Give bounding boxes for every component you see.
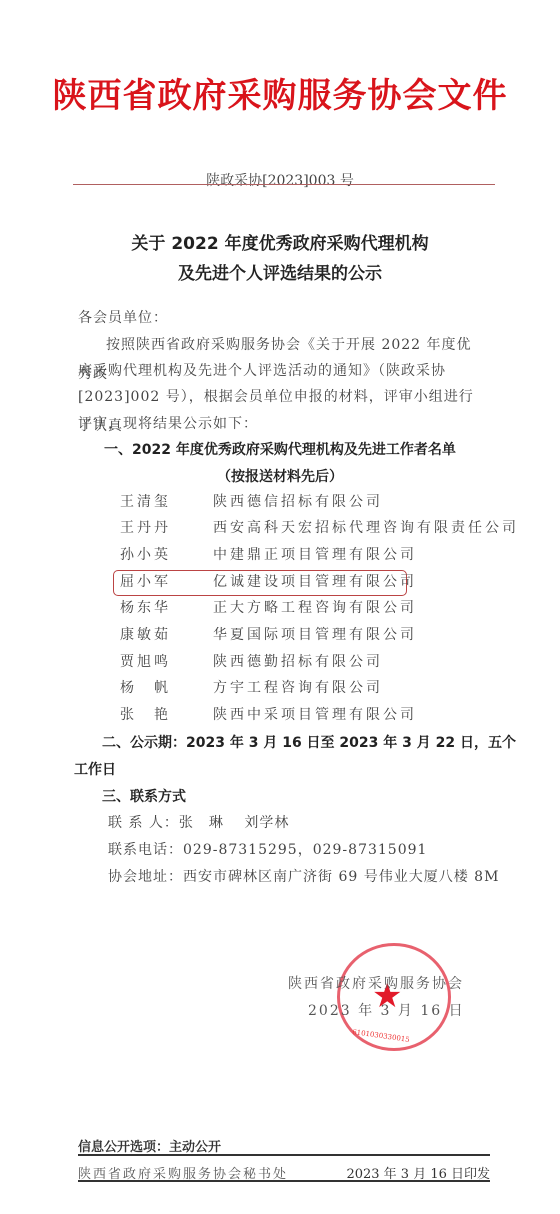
list-item: 康敏茹华夏国际项目管理有限公司 xyxy=(120,624,417,644)
list-item: 王清玺陕西德信招标有限公司 xyxy=(120,491,383,511)
header-divider xyxy=(73,184,495,185)
document-header-title: 陕西省政府采购服务协会文件 xyxy=(0,68,560,117)
list-item-highlighted: 屈小军亿诚建设项目管理有限公司 xyxy=(120,571,417,591)
footer-divider-bottom xyxy=(78,1180,490,1182)
section3-title: 三、联系方式 xyxy=(102,786,186,806)
list-item: 张 艳陕西中采项目管理有限公司 xyxy=(120,704,417,724)
list-item: 王丹丹西安高科天宏招标代理咨询有限责任公司 xyxy=(120,517,519,537)
list-item: 杨 帆方宇工程咨询有限公司 xyxy=(120,677,383,697)
signature-date: 2023 年 3 月 16 日 xyxy=(308,1000,465,1020)
contact-address: 协会地址：西安市碑林区南广济街 69 号伟业大厦八楼 8M xyxy=(108,866,499,886)
list-item: 贾旭鸣陕西德勤招标有限公司 xyxy=(120,651,383,671)
section1-subtitle: （按报送材料先后） xyxy=(0,466,560,486)
section1-title: 一、2022 年度优秀政府采购代理机构及先进工作者名单 xyxy=(104,439,456,459)
intro-line-2: 府采购代理机构及先进个人评选活动的通知》（陕政采协 xyxy=(78,357,474,386)
section2-line-1: 二、公示期：2023 年 3 月 16 日至 2023 年 3 月 22 日，五… xyxy=(102,732,516,752)
signature-org: 陕西省政府采购服务协会 xyxy=(288,973,464,993)
footer-divider-top xyxy=(78,1154,490,1156)
subject-line-2: 及先进个人评选结果的公示 xyxy=(0,259,560,284)
subject-line-1: 关于 2022 年度优秀政府采购代理机构 xyxy=(0,229,560,254)
list-item: 孙小英中建鼎正项目管理有限公司 xyxy=(120,544,417,564)
document-number: 陕政采协[2023]003 号 xyxy=(0,170,560,190)
section2-line-2: 工作日 xyxy=(74,759,116,779)
disclosure-option: 信息公开选项：主动公开 xyxy=(78,1136,221,1155)
list-item: 杨东华正大方略工程咨询有限公司 xyxy=(120,597,417,617)
intro-line-4: 评审，现将结果公示如下： xyxy=(78,410,474,439)
contact-phone: 联系电话：029-87315295，029-87315091 xyxy=(108,839,427,859)
salutation: 各会员单位： xyxy=(78,304,474,333)
contact-person: 联 系 人：张 琳 刘学林 xyxy=(108,812,289,832)
